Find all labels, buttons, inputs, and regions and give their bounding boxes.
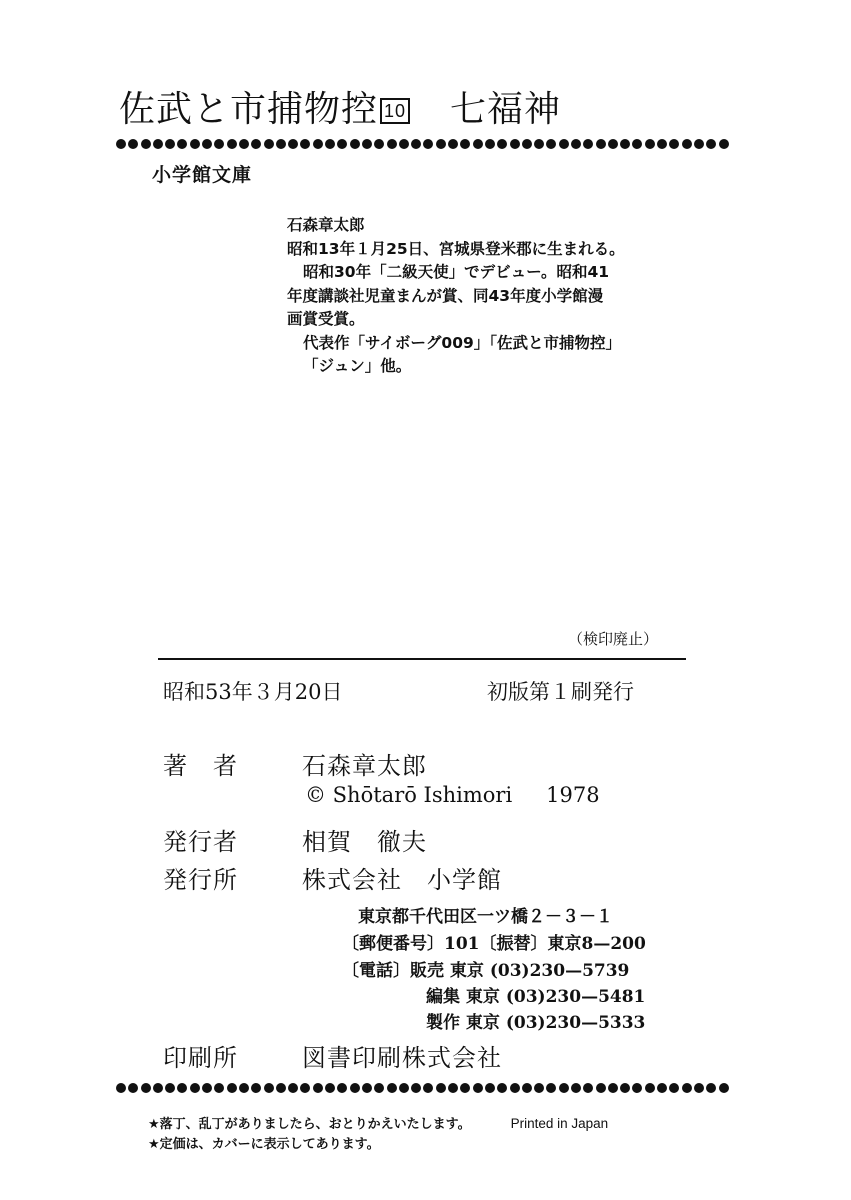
dot-ornament: [227, 1083, 237, 1093]
dot-ornament: [362, 139, 372, 149]
dot-ornament: [706, 1083, 716, 1093]
dot-ornament: [288, 1083, 298, 1093]
dot-ornament: [313, 139, 323, 149]
dot-ornament: [596, 139, 606, 149]
dot-ornament: [214, 1083, 224, 1093]
dot-ornament: [682, 139, 692, 149]
dot-ornament: [165, 1083, 175, 1093]
publishing-house-label: 発行所: [163, 860, 238, 895]
dot-ornament: [350, 1083, 360, 1093]
dot-ornament: [436, 139, 446, 149]
dot-ornament: [264, 1083, 274, 1093]
dot-ornament: [657, 139, 667, 149]
dot-ornament: [510, 139, 520, 149]
imprint-label: 小学館文庫: [152, 160, 252, 187]
dot-ornament: [387, 139, 397, 149]
dot-ornament: [141, 1083, 151, 1093]
dot-ornament: [510, 1083, 520, 1093]
dot-ornament: [473, 139, 483, 149]
dot-ornament: [583, 1083, 593, 1093]
dot-ornament: [202, 1083, 212, 1093]
dot-ornament: [497, 139, 507, 149]
dot-ornament: [571, 139, 581, 149]
dot-ornament: [534, 139, 544, 149]
copyright-line: © Shōtarō Ishimori1978: [305, 783, 600, 807]
dot-ornament: [374, 139, 384, 149]
dot-ornament: [190, 139, 200, 149]
dot-divider-bottom: [116, 1083, 729, 1095]
dot-ornament: [596, 1083, 606, 1093]
dot-ornament: [559, 139, 569, 149]
dot-ornament: [337, 139, 347, 149]
author-bio-line: 画賞受賞。: [287, 308, 625, 332]
volume-number-badge: 10: [380, 98, 410, 124]
dot-ornament: [141, 139, 151, 149]
dot-ornament: [399, 139, 409, 149]
dot-ornament: [436, 1083, 446, 1093]
dot-ornament: [325, 1083, 335, 1093]
dot-ornament: [214, 139, 224, 149]
dot-ornament: [473, 1083, 483, 1093]
dot-ornament: [153, 139, 163, 149]
replacement-note: ★落丁、乱丁がありましたら、おとりかえいたします。: [148, 1117, 471, 1132]
dot-ornament: [202, 139, 212, 149]
phone-sales-line: 〔電話〕販売 東京 (03)230—5739: [342, 956, 629, 981]
author-bio-line: 代表作「サイボーグ009」「佐武と市捕物控」: [287, 332, 625, 356]
postal-transfer-line: 〔郵便番号〕101〔振替〕東京8—200: [342, 929, 646, 954]
publishing-house-value: 株式会社 小学館: [302, 860, 502, 895]
printed-in-japan: Printed in Japan: [511, 1116, 609, 1131]
dot-ornament: [411, 139, 421, 149]
series-title: 佐武と市捕物控: [119, 89, 378, 130]
dot-ornament: [706, 139, 716, 149]
seal-abolished-note: （検印廃止）: [568, 628, 658, 649]
phone-production-line: 製作 東京 (03)230—5333: [426, 1008, 645, 1033]
dot-divider-top: [116, 139, 729, 151]
book-title: 佐武と市捕物控10七福神: [119, 88, 561, 132]
dot-ornament: [682, 1083, 692, 1093]
dot-ornament: [485, 139, 495, 149]
dot-ornament: [669, 139, 679, 149]
author-label: 著 者: [163, 746, 238, 781]
dot-ornament: [460, 139, 470, 149]
dot-ornament: [251, 139, 261, 149]
dot-ornament: [177, 1083, 187, 1093]
dot-ornament: [485, 1083, 495, 1093]
dot-ornament: [313, 1083, 323, 1093]
dot-ornament: [534, 1083, 544, 1093]
author-bio-name: 石森章太郎: [287, 214, 625, 238]
footer-note-price: ★定価は、カバーに表示してあります。: [148, 1133, 380, 1152]
dot-ornament: [423, 139, 433, 149]
author-bio-line: 年度講談社児童まんが賞、同43年度小学館漫: [287, 285, 625, 309]
address-line: 東京都千代田区一ツ橋２－３－１: [358, 902, 613, 927]
author-bio-line: 昭和13年１月25日、宮城県登米郡に生まれる。: [287, 238, 625, 262]
dot-ornament: [546, 1083, 556, 1093]
copyright-year: 1978: [546, 783, 599, 807]
dot-ornament: [448, 1083, 458, 1093]
phone-editorial-line: 編集 東京 (03)230—5481: [426, 982, 645, 1007]
dot-ornament: [608, 139, 618, 149]
dot-ornament: [645, 139, 655, 149]
dot-ornament: [399, 1083, 409, 1093]
dot-ornament: [632, 1083, 642, 1093]
dot-ornament: [694, 139, 704, 149]
author-bio-line: 「ジュン」他。: [287, 355, 625, 379]
dot-ornament: [337, 1083, 347, 1093]
dot-ornament: [165, 139, 175, 149]
dot-ornament: [411, 1083, 421, 1093]
edition-info: 初版第１刷発行: [487, 676, 634, 706]
dot-ornament: [128, 1083, 138, 1093]
dot-ornament: [423, 1083, 433, 1093]
dot-ornament: [288, 139, 298, 149]
dot-ornament: [632, 139, 642, 149]
dot-ornament: [350, 139, 360, 149]
dot-ornament: [300, 1083, 310, 1093]
dot-ornament: [657, 1083, 667, 1093]
dot-ornament: [387, 1083, 397, 1093]
author-bio-line: 昭和30年「二級天使」でデビュー。昭和41: [287, 261, 625, 285]
dot-ornament: [190, 1083, 200, 1093]
dot-ornament: [276, 139, 286, 149]
printer-label: 印刷所: [163, 1038, 238, 1073]
dot-ornament: [522, 1083, 532, 1093]
dot-ornament: [546, 139, 556, 149]
dot-ornament: [719, 139, 729, 149]
dot-ornament: [694, 1083, 704, 1093]
dot-ornament: [608, 1083, 618, 1093]
dot-ornament: [239, 139, 249, 149]
colophon-rule: [158, 658, 686, 660]
dot-ornament: [177, 139, 187, 149]
dot-ornament: [239, 1083, 249, 1093]
author-value: 石森章太郎: [302, 746, 427, 781]
book-subtitle: 七福神: [450, 89, 561, 130]
author-bio: 石森章太郎 昭和13年１月25日、宮城県登米郡に生まれる。 昭和30年「二級天使…: [287, 214, 625, 379]
dot-ornament: [325, 139, 335, 149]
dot-ornament: [276, 1083, 286, 1093]
dot-ornament: [116, 139, 126, 149]
dot-ornament: [620, 1083, 630, 1093]
dot-ornament: [300, 139, 310, 149]
footer-note-replacement: ★落丁、乱丁がありましたら、おとりかえいたします。Printed in Japa…: [148, 1113, 608, 1132]
dot-ornament: [374, 1083, 384, 1093]
dot-ornament: [264, 139, 274, 149]
dot-ornament: [128, 139, 138, 149]
dot-ornament: [448, 139, 458, 149]
dot-ornament: [251, 1083, 261, 1093]
publication-date: 昭和53年３月20日: [163, 676, 342, 706]
dot-ornament: [719, 1083, 729, 1093]
dot-ornament: [620, 139, 630, 149]
dot-ornament: [153, 1083, 163, 1093]
dot-ornament: [645, 1083, 655, 1093]
dot-ornament: [669, 1083, 679, 1093]
dot-ornament: [583, 139, 593, 149]
dot-ornament: [571, 1083, 581, 1093]
dot-ornament: [559, 1083, 569, 1093]
dot-ornament: [497, 1083, 507, 1093]
copyright-holder: © Shōtarō Ishimori: [305, 783, 512, 807]
printer-value: 図書印刷株式会社: [302, 1038, 502, 1073]
dot-ornament: [227, 139, 237, 149]
dot-ornament: [116, 1083, 126, 1093]
dot-ornament: [460, 1083, 470, 1093]
dot-ornament: [522, 139, 532, 149]
publisher-value: 相賀 徹夫: [302, 822, 427, 857]
publisher-label: 発行者: [163, 822, 238, 857]
dot-ornament: [362, 1083, 372, 1093]
